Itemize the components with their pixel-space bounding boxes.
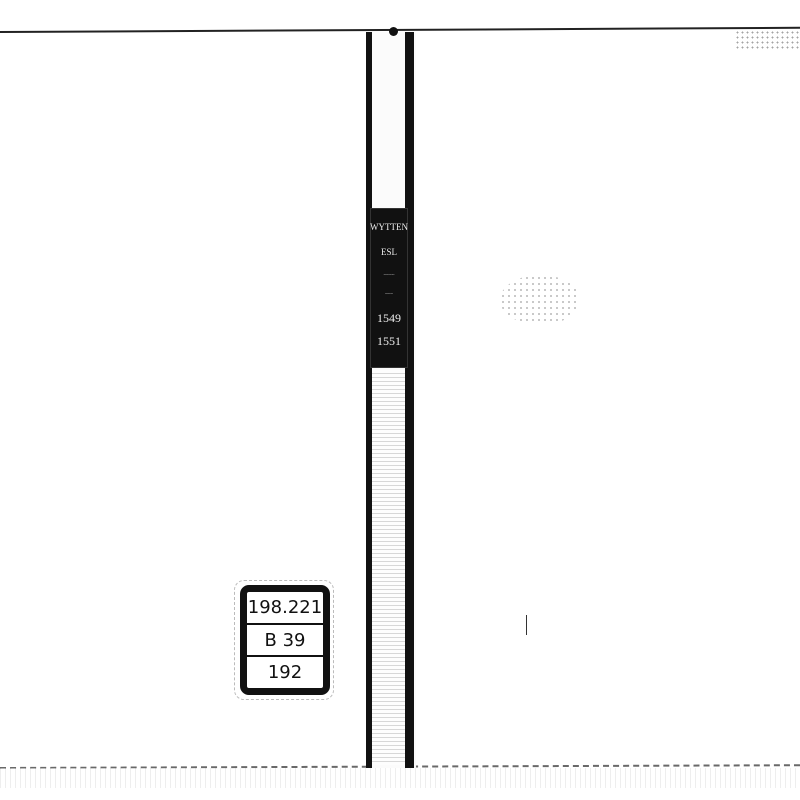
spine-year-end: 1551 xyxy=(377,334,401,349)
call-number-item: 192 xyxy=(247,657,323,688)
call-number-class: 198.221 xyxy=(247,592,323,625)
scanned-book-cover: WYTTEN ESL ~~~~ ~~~ 1549 1551 198.221 B … xyxy=(0,0,800,800)
spine-left-edge xyxy=(366,32,372,768)
call-number-cutter: B 39 xyxy=(247,625,323,658)
stray-mark xyxy=(526,615,527,635)
scan-noise xyxy=(735,30,800,50)
scan-noise xyxy=(0,768,800,788)
spine-texture xyxy=(372,370,405,765)
spine-year-start: 1549 xyxy=(377,311,401,326)
spine-right-edge xyxy=(405,32,414,768)
spine-title-label: WYTTEN ESL ~~~~ ~~~ 1549 1551 xyxy=(370,208,408,368)
stain-mark xyxy=(500,275,580,325)
spine-title-line: WYTTEN xyxy=(370,223,408,232)
spine-title-line: ESL xyxy=(381,248,397,257)
spine-headcap xyxy=(389,27,398,36)
call-number-label: 198.221 B 39 192 xyxy=(240,585,330,695)
spine-title-line: ~~~ xyxy=(385,292,393,297)
spine-title-line: ~~~~ xyxy=(384,273,395,278)
